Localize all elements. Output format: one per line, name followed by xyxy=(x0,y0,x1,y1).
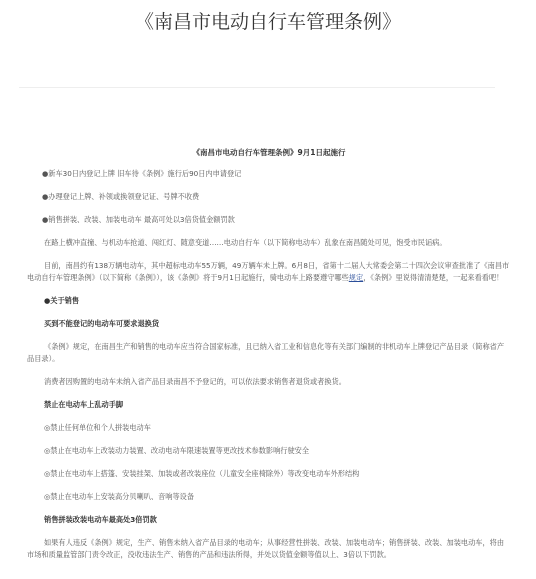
context-paragraph: 目前，南昌约有138万辆电动车，其中超标电动车55万辆，49万辆车未上牌。6月8… xyxy=(27,260,511,284)
regulation-link[interactable]: 规定 xyxy=(349,273,363,282)
article-body: 《南昌市电动自行车管理条例》9月1日起施行 ●新车30日内登记上牌 旧车待《条例… xyxy=(27,140,511,561)
page-title: 《南昌市电动自行车管理条例》 xyxy=(0,8,536,36)
summary-bullet: ●办理登记上牌、补领或换领登记证、号牌不收费 xyxy=(27,191,511,203)
penalty-subheading: 销售拼装改装电动车最高处3倍罚款 xyxy=(27,514,511,526)
summary-bullet: ●销售拼装、改装、加装电动车 最高可处以3倍货值金额罚款 xyxy=(27,214,511,226)
article-heading: 《南昌市电动自行车管理条例》9月1日起施行 xyxy=(27,147,511,159)
prohibition-item: ◎禁止任何单位和个人拼装电动车 xyxy=(27,422,511,434)
section-title-sales: ●关于销售 xyxy=(27,295,511,307)
penalty-paragraph: 如果有人违反《条例》规定，生产、销售未纳入省产品目录的电动车；从事经营性拼装、改… xyxy=(27,537,511,561)
title-divider xyxy=(19,87,495,88)
prohibition-item: ◎禁止在电动车上改装动力装置、改动电动车限速装置等更改技术参数影响行驶安全 xyxy=(27,445,511,457)
context-text-after: ，《条例》里说得清清楚楚，一起来看看吧！ xyxy=(363,273,503,282)
sales-paragraph: 《条例》规定，在南昌生产和销售的电动车应当符合国家标准，且已纳入省工业和信息化等… xyxy=(27,341,511,365)
prohibition-item: ◎禁止在电动车上搭篷、安装挂架、加装或者改装座位（儿童安全座椅除外）等改变电动车… xyxy=(27,468,511,480)
prohibition-item: ◎禁止在电动车上安装高分贝喇叭、音响等设备 xyxy=(27,491,511,503)
sales-paragraph: 消费者因购置的电动车未纳入省产品目录南昌不予登记的，可以依法要求销售者退货或者换… xyxy=(27,376,511,388)
modification-subheading: 禁止在电动车上乱动手脚 xyxy=(27,399,511,411)
summary-bullet: ●新车30日内登记上牌 旧车待《条例》施行后90日内申请登记 xyxy=(27,168,511,180)
intro-paragraph: 在路上横冲直撞、与机动车抢道、闯红灯、随意变道……电动自行车（以下简称电动车）乱… xyxy=(27,237,511,249)
sales-subheading: 买到不能登记的电动车可要求退换货 xyxy=(27,318,511,330)
